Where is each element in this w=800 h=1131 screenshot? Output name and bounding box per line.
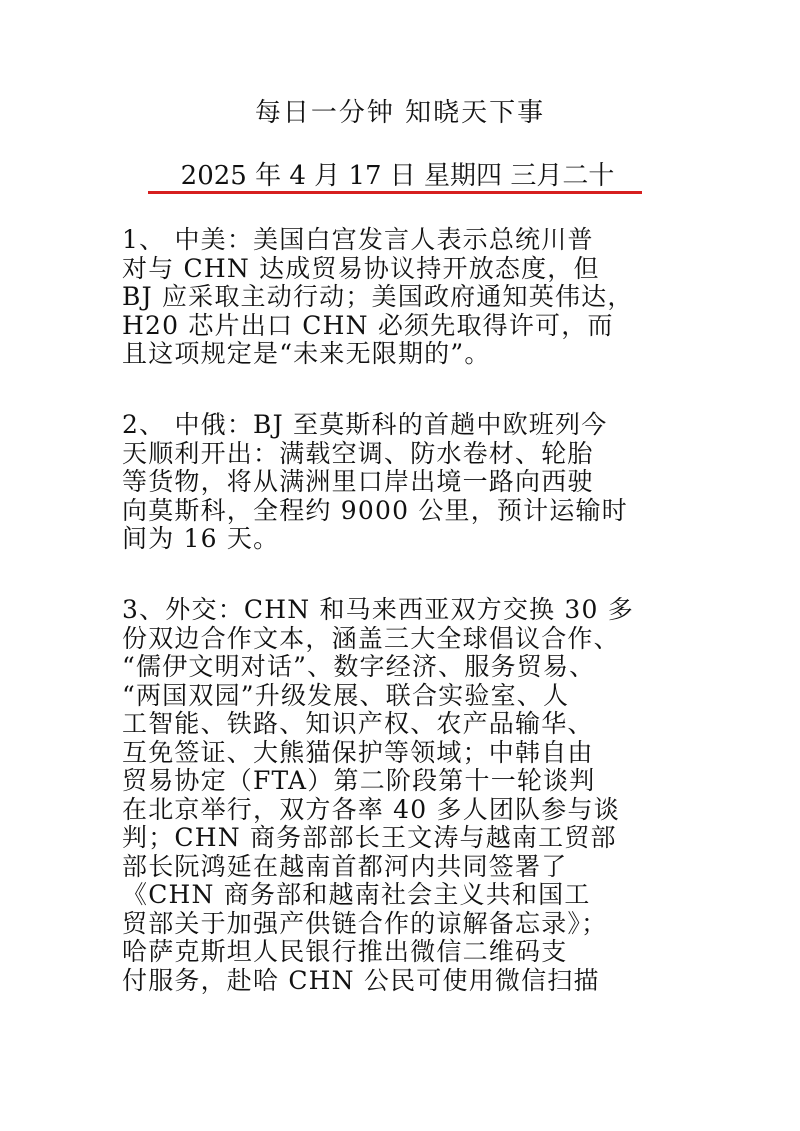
text-line: 2、 中俄：BJ 至莫斯科的首趟中欧班列今 [122,411,702,440]
text-line: 等货物，将从满洲里口岸出境一路向西驶 [122,468,702,497]
text-line: “两国双园”升级发展、联合实验室、人 [122,682,702,711]
news-item-1-china-us: 1、 中美：美国白宫发言人表示总统川普 对与 CHN 达成贸易协议持开放态度，但… [122,226,702,369]
text-line: H20 芯片出口 CHN 必须先取得许可，而 [122,312,702,341]
text-line: 部长阮鸿延在越南首都河内共同签署了 [122,853,702,882]
text-line: 3、外交：CHN 和马来西亚双方交换 30 多 [122,596,702,625]
text-line: 向莫斯科，全程约 9000 公里，预计运输时 [122,497,702,526]
text-line: BJ 应采取主动行动；美国政府通知英伟达， [122,283,702,312]
date-header: 2025 年 4 月 17 日 星期四 三月二十 [150,155,645,192]
text-line: 贸部关于加强产供链合作的谅解备忘录》； [122,910,702,939]
text-line: 份双边合作文本，涵盖三大全球倡议合作、 [122,625,702,654]
text-line: 贸易协定（FTA）第二阶段第十一轮谈判 [122,767,702,796]
text-line: 1、 中美：美国白宫发言人表示总统川普 [122,226,702,255]
news-item-2-china-russia: 2、 中俄：BJ 至莫斯科的首趟中欧班列今 天顺利开出：满载空调、防水卷材、轮胎… [122,411,702,554]
text-line: 哈萨克斯坦人民银行推出微信二维码支 [122,938,702,967]
text-line: 在北京举行，双方各率 40 多人团队参与谈 [122,796,702,825]
text-line: 且这项规定是“未来无限期的”。 [122,340,702,369]
text-line: 互免签证、大熊猫保护等领域；中韩自由 [122,739,702,768]
page-title: 每日一分钟 知晓天下事 [0,92,800,129]
text-line: 工智能、铁路、知识产权、农产品输华、 [122,710,702,739]
text-line: “儒伊文明对话”、数字经济、服务贸易、 [122,653,702,682]
text-line: 天顺利开出：满载空调、防水卷材、轮胎 [122,440,702,469]
date-underline-divider [148,191,642,194]
news-item-3-diplomacy: 3、外交：CHN 和马来西亚双方交换 30 多 份双边合作文本，涵盖三大全球倡议… [122,596,702,995]
date-line: 2025 年 4 月 17 日 星期四 三月二十 [181,161,615,191]
text-line: 《CHN 商务部和越南社会主义共和国工 [122,881,702,910]
text-line: 付服务，赴哈 CHN 公民可使用微信扫描 [122,967,702,996]
text-line: 间为 16 天。 [122,525,702,554]
text-line: 对与 CHN 达成贸易协议持开放态度，但 [122,255,702,284]
text-line: 判；CHN 商务部部长王文涛与越南工贸部 [122,824,702,853]
